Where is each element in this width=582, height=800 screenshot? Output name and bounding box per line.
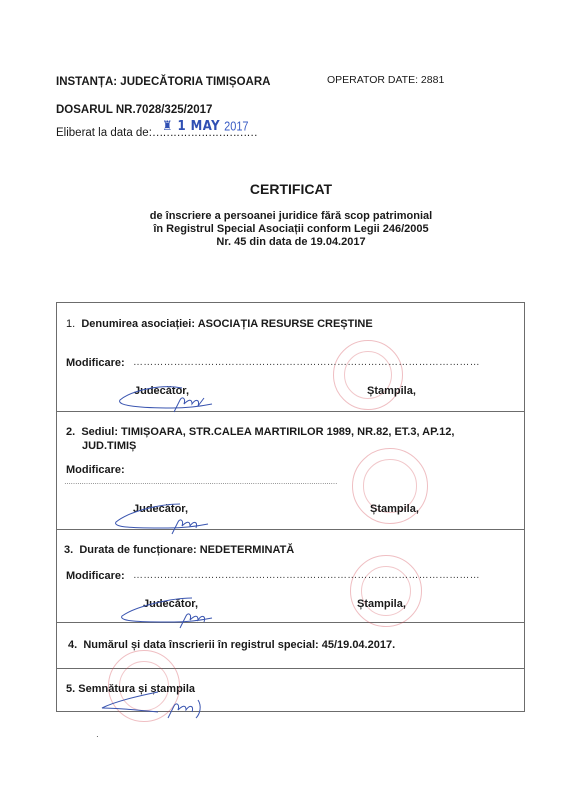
headquarters-county: JUD.TIMIȘ — [82, 440, 136, 452]
section-label: Numărul și data înscrierii în registrul … — [83, 639, 318, 651]
section-number: 1. — [66, 318, 75, 330]
section-1: 1. Denumirea asociației: ASOCIAȚIA RESUR… — [66, 318, 373, 330]
subtitle-line-2: în Registrul Special Asociații conform L… — [0, 223, 582, 236]
stray-dot: · — [96, 732, 99, 741]
section-number: 2. — [66, 426, 75, 438]
section-3: 3. Durata de funcționare: NEDETERMINATĂ — [64, 544, 294, 556]
stamp-label: Ștampila, — [367, 385, 416, 397]
section-2: 2. Sediul: TIMIȘOARA, STR.CALEA MARTIRIL… — [66, 426, 454, 438]
crest-icon: ♜ — [162, 119, 173, 134]
section-number: 3. — [64, 544, 73, 556]
court-stamp-icon — [350, 555, 422, 627]
stamp-label: Ștampila, — [370, 503, 419, 515]
certificate-title: CERTIFICAT — [0, 181, 582, 197]
modification-label: Modificare: — [66, 570, 125, 582]
modification-dots: ………………………………………………………………………………………… — [133, 357, 488, 368]
modification-dots: ………………………………………………………………………………………… — [133, 570, 493, 581]
operator-date: OPERATOR DATE: 2881 — [327, 74, 444, 86]
stamp-year: 2017 — [224, 120, 248, 134]
date-stamp: ♜ 1 MAY2017 — [162, 117, 249, 135]
subtitle-line-3: Nr. 45 din data de 19.04.2017 — [0, 236, 582, 249]
section-number: 4. — [68, 639, 77, 651]
headquarters-address: TIMIȘOARA, STR.CALEA MARTIRILOR 1989, NR… — [121, 426, 454, 438]
section-label: Durata de funcționare: — [79, 544, 196, 556]
judge-signature-icon — [108, 500, 218, 536]
registration-number-date: 45/19.04.2017. — [322, 639, 395, 651]
case-number: DOSARUL NR.7028/325/2017 — [56, 104, 212, 116]
court-label: INSTANȚA: JUDECĂTORIA TIMIȘOARA — [56, 76, 270, 88]
judge-signature-icon — [112, 594, 222, 630]
court-stamp-icon — [333, 340, 403, 410]
section-label: Sediul: — [81, 426, 118, 438]
stamp-label: Ștampila, — [357, 598, 406, 610]
subtitle-line-1: de înscriere a persoanei juridice fără s… — [0, 210, 582, 223]
modification-label: Modificare: — [66, 464, 125, 476]
section-label: Denumirea asociației: — [81, 318, 195, 330]
section-4: 4. Numărul și data înscrierii în registr… — [68, 639, 395, 651]
operating-duration: NEDETERMINATĂ — [200, 544, 295, 556]
modification-dots: …………………………………………………………………………………………………………… — [64, 479, 359, 486]
stamp-date: 1 MAY — [177, 119, 220, 134]
modification-label: Modificare: — [66, 357, 125, 369]
issued-label: Eliberat la data de: — [56, 127, 152, 139]
association-name: ASOCIAȚIA RESURSE CREȘTINE — [198, 318, 373, 330]
judge-signature-icon — [112, 380, 222, 416]
judge-signature-icon — [98, 690, 208, 720]
section-number: 5. — [66, 683, 75, 695]
